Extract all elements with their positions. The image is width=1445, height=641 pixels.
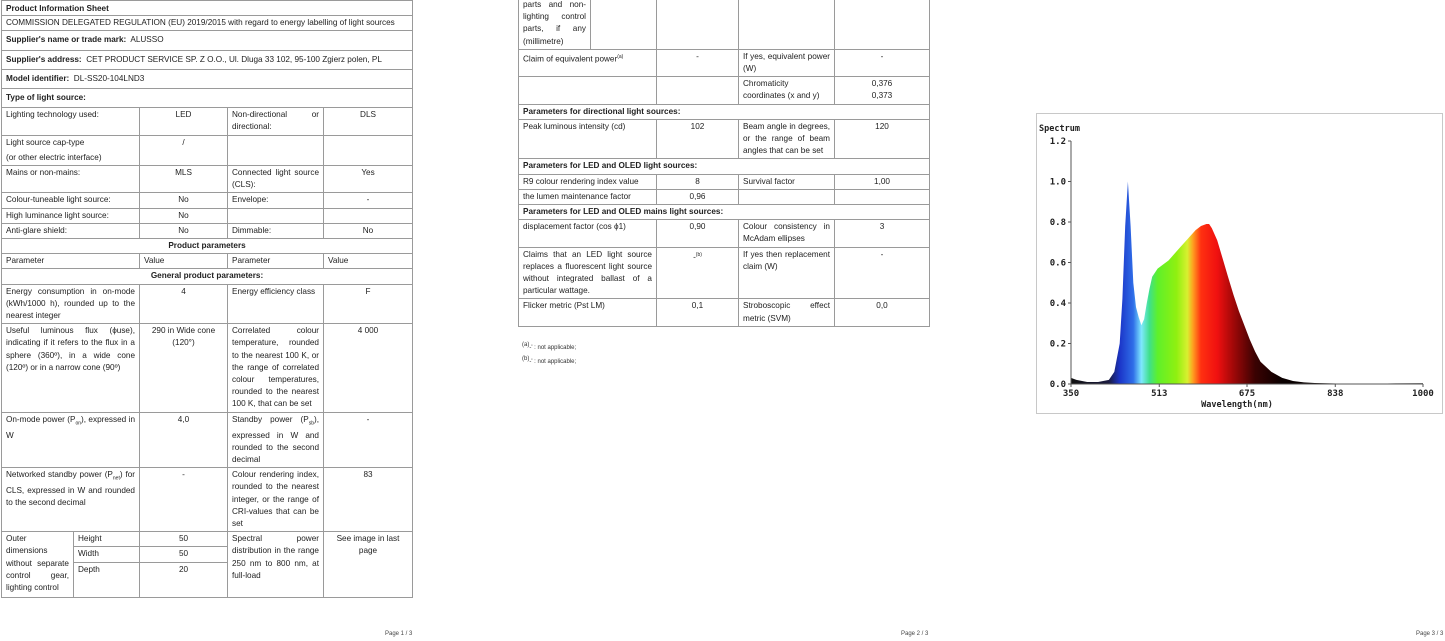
param-label: Useful luminous flux (ϕuse), indicating … [2, 324, 140, 412]
param-value: - [140, 468, 228, 532]
param-value: 0,0 [835, 299, 930, 326]
param-value: - [657, 49, 739, 76]
y-tick-label: 0.2 [1050, 340, 1066, 350]
param-label: Standby power (Psb), expressed in W and … [228, 412, 324, 467]
model-label: Model identifier: [6, 74, 69, 83]
dimension-name: Height [74, 532, 140, 547]
text: On-mode power (P [6, 415, 75, 424]
param-value: 0,90 [657, 220, 739, 247]
param-value: -(b) [657, 247, 739, 299]
text: Networked standby power (P [6, 470, 113, 479]
dimensions-label: Outer dimensions without separate contro… [2, 532, 74, 597]
page-number: Page 3 / 3 [1416, 631, 1443, 637]
param-label: Chromaticity coordinates (x and y) [739, 77, 835, 104]
type-heading: Type of light source: [2, 89, 413, 108]
param-label: Spectral power distribution in the range… [228, 532, 324, 597]
general-parameters-heading: General product parameters: [2, 269, 413, 284]
param-label: Flicker metric (Pst LM) [519, 299, 657, 326]
product-parameters-heading: Product parameters [2, 239, 413, 254]
x-tick-label: 513 [1151, 389, 1167, 399]
param-value: 3 [835, 220, 930, 247]
table-row: Colour-tuneable light source: No Envelop… [2, 193, 413, 208]
y-tick-label: 0.8 [1050, 218, 1066, 228]
param-label: If yes, equivalent power (W) [739, 49, 835, 76]
param-value: 4 [140, 284, 228, 324]
model-row: Model identifier: DL-SS20-104LND3 [2, 69, 413, 88]
table-row: Lighting technology used: LED Non-direct… [2, 108, 413, 135]
table-row: Chromaticity coordinates (x and y) 0,376… [519, 77, 930, 104]
param-value: MLS [140, 166, 228, 193]
table-row: On-mode power (Pon), expressed in W 4,0 … [2, 412, 413, 467]
param-value: - [324, 193, 413, 208]
param-label: Energy efficiency class [228, 284, 324, 324]
table-row: displacement factor (cos ϕ1) 0,90 Colour… [519, 220, 930, 247]
text: Claim of equivalent power [523, 55, 617, 64]
param-value: No [324, 223, 413, 238]
x-tick-label: 1000 [1412, 389, 1434, 399]
param-label: Colour consistency in McAdam ellipses [739, 220, 835, 247]
column-header: Value [324, 254, 413, 269]
x-tick-label: 675 [1239, 389, 1255, 399]
text: Standby power (P [232, 415, 309, 424]
column-header-row: Parameter Value Parameter Value [2, 254, 413, 269]
column-header: Value [140, 254, 228, 269]
param-value: - [324, 412, 413, 467]
footnote-mark: (b) [696, 252, 702, 258]
table-row: Outer dimensions without separate contro… [2, 532, 413, 547]
param-label: Colour-tuneable light source: [2, 193, 140, 208]
supplier-name-row: Supplier's name or trade mark: ALUSSO [2, 31, 413, 50]
empty-cell [519, 77, 657, 104]
table-row: Energy consumption in on-mode (kWh/1000 … [2, 284, 413, 324]
param-value: No [140, 208, 228, 223]
param-label: Lighting technology used: [2, 108, 140, 135]
table-row: Claims that an LED light source replaces… [519, 247, 930, 299]
param-label: On-mode power (Pon), expressed in W [2, 412, 140, 467]
param-label: R9 colour rendering index value [519, 174, 657, 189]
param-label: Networked standby power (Pnet) for CLS, … [2, 468, 140, 532]
param-value: 8 [657, 174, 739, 189]
param-value: 120 [835, 119, 930, 159]
table-row: Networked standby power (Pnet) for CLS, … [2, 468, 413, 532]
cap-type-sublabel: (or other electric interface) [6, 152, 135, 164]
param-value: F [324, 284, 413, 324]
chromaticity-x: 0,376 [839, 78, 925, 90]
table-row: Useful luminous flux (ϕuse), indicating … [2, 324, 413, 412]
param-value: 0,3760,373 [835, 77, 930, 104]
param-label: Mains or non-mains: [2, 166, 140, 193]
param-label: If yes then replacement claim (W) [739, 247, 835, 299]
param-label: Anti-glare shield: [2, 223, 140, 238]
spectrum-area [1071, 182, 1423, 385]
param-value: 4,0 [140, 412, 228, 467]
param-label: displacement factor (cos ϕ1) [519, 220, 657, 247]
table-row: parts and non-lighting control parts, if… [519, 0, 930, 49]
led-heading: Parameters for LED and OLED light source… [519, 159, 930, 174]
regulation-text: COMMISSION DELEGATED REGULATION (EU) 201… [2, 16, 413, 31]
param-label: Dimmable: [228, 223, 324, 238]
table-row: Claim of equivalent power(a) - If yes, e… [519, 49, 930, 76]
param-label: Energy consumption in on-mode (kWh/1000 … [2, 284, 140, 324]
param-label: High luminance light source: [2, 208, 140, 223]
supplier-name-label: Supplier's name or trade mark: [6, 35, 126, 44]
column-header: Parameter [228, 254, 324, 269]
dimensions-label-continued: parts and non-lighting control parts, if… [519, 0, 591, 49]
page-title: Product Information Sheet [2, 1, 413, 16]
table-row: Flicker metric (Pst LM) 0,1 Stroboscopic… [519, 299, 930, 326]
supplier-address: CET PRODUCT SERVICE SP. Z O.O., Ul. Dlug… [86, 55, 382, 64]
empty-cell [591, 0, 657, 49]
y-tick-label: 1.2 [1050, 137, 1066, 147]
x-tick-label: 838 [1327, 389, 1343, 399]
footnote-text: -' : not applicable; [529, 359, 576, 365]
param-label: Beam angle in degrees, or the range of b… [739, 119, 835, 159]
empty-cell [835, 0, 930, 49]
param-label: Colour rendering index, rounded to the n… [228, 468, 324, 532]
dimension-value: 50 [140, 547, 228, 562]
param-value: DLS [324, 108, 413, 135]
param-label [228, 135, 324, 165]
page-1: Product Information Sheet COMMISSION DEL… [0, 0, 420, 641]
x-tick-label: 350 [1063, 389, 1079, 399]
param-label: Stroboscopic effect metric (SVM) [739, 299, 835, 326]
table-row: R9 colour rendering index value 8 Surviv… [519, 174, 930, 189]
table-row: Mains or non-mains: MLS Connected light … [2, 166, 413, 193]
table-row: Peak luminous intensity (cd) 102 Beam an… [519, 119, 930, 159]
param-label: Connected light source (CLS): [228, 166, 324, 193]
dimension-name: Width [74, 547, 140, 562]
param-value: 83 [324, 468, 413, 532]
param-label: Light source cap-type(or other electric … [2, 135, 140, 165]
param-value: No [140, 223, 228, 238]
mains-heading: Parameters for LED and OLED mains light … [519, 205, 930, 220]
product-info-table-page-1: Product Information Sheet COMMISSION DEL… [1, 0, 413, 598]
cap-type-label: Light source cap-type [6, 137, 135, 149]
chromaticity-y: 0,373 [839, 90, 925, 102]
param-label: Envelope: [228, 193, 324, 208]
footnote-mark: (a) [617, 54, 623, 60]
product-info-table-page-2: parts and non-lighting control parts, if… [518, 0, 930, 327]
y-tick-label: 1.0 [1050, 178, 1066, 188]
spectrum-chart-svg: 0.00.20.40.60.81.01.23505136758381000Spe… [1037, 114, 1442, 413]
param-value: / [140, 135, 228, 165]
empty-cell [657, 77, 739, 104]
param-value: No [140, 193, 228, 208]
param-label: Peak luminous intensity (cd) [519, 119, 657, 159]
param-label: Non-directional or directional: [228, 108, 324, 135]
param-label: Correlated colour temperature, rounded t… [228, 324, 324, 412]
supplier-name: ALUSSO [130, 35, 163, 44]
subscript: net [113, 476, 120, 482]
supplier-address-row: Supplier's address: CET PRODUCT SERVICE … [2, 50, 413, 69]
dimension-value: 50 [140, 532, 228, 547]
dimension-value: 20 [140, 562, 228, 597]
param-value: 1,00 [835, 174, 930, 189]
footnote-text: -' : not applicable; [529, 345, 576, 351]
param-label: Survival factor [739, 174, 835, 189]
footnote-a: (a)-' : not applicable; [522, 342, 576, 351]
column-header: Parameter [2, 254, 140, 269]
param-value: 0,96 [657, 189, 739, 204]
table-row: Light source cap-type(or other electric … [2, 135, 413, 165]
param-value: 290 in Wide cone (120°) [140, 324, 228, 412]
param-label: Claims that an LED light source replaces… [519, 247, 657, 299]
table-row: the lumen maintenance factor 0,96 [519, 189, 930, 204]
param-value: 4 000 [324, 324, 413, 412]
empty-cell [739, 0, 835, 49]
param-value: - [835, 49, 930, 76]
param-value: - [835, 247, 930, 299]
param-label [739, 189, 835, 204]
param-label: Claim of equivalent power(a) [519, 49, 657, 76]
model-identifier: DL-SS20-104LND3 [74, 74, 145, 83]
page-number: Page 1 / 3 [385, 631, 412, 637]
page-number: Page 2 / 3 [901, 631, 928, 637]
param-value [324, 135, 413, 165]
directional-heading: Parameters for directional light sources… [519, 104, 930, 119]
footnote-b: (b)-' : not applicable; [522, 356, 576, 365]
x-axis-label: Wavelength(nm) [1201, 400, 1273, 410]
empty-cell [657, 0, 739, 49]
param-value [324, 208, 413, 223]
y-tick-label: 0.6 [1050, 259, 1066, 269]
y-tick-label: 0.4 [1050, 299, 1067, 309]
param-label: the lumen maintenance factor [519, 189, 657, 204]
param-value: 102 [657, 119, 739, 159]
param-value: 0,1 [657, 299, 739, 326]
chart-title: Spectrum [1039, 124, 1080, 134]
param-value [835, 189, 930, 204]
dimension-name: Depth [74, 562, 140, 597]
supplier-address-label: Supplier's address: [6, 55, 82, 64]
param-label [228, 208, 324, 223]
param-value: See image in last page [324, 532, 413, 597]
param-value: LED [140, 108, 228, 135]
param-value: Yes [324, 166, 413, 193]
table-row: Anti-glare shield: No Dimmable: No [2, 223, 413, 238]
table-row: High luminance light source: No [2, 208, 413, 223]
spectrum-chart: 0.00.20.40.60.81.01.23505136758381000Spe… [1036, 113, 1443, 414]
